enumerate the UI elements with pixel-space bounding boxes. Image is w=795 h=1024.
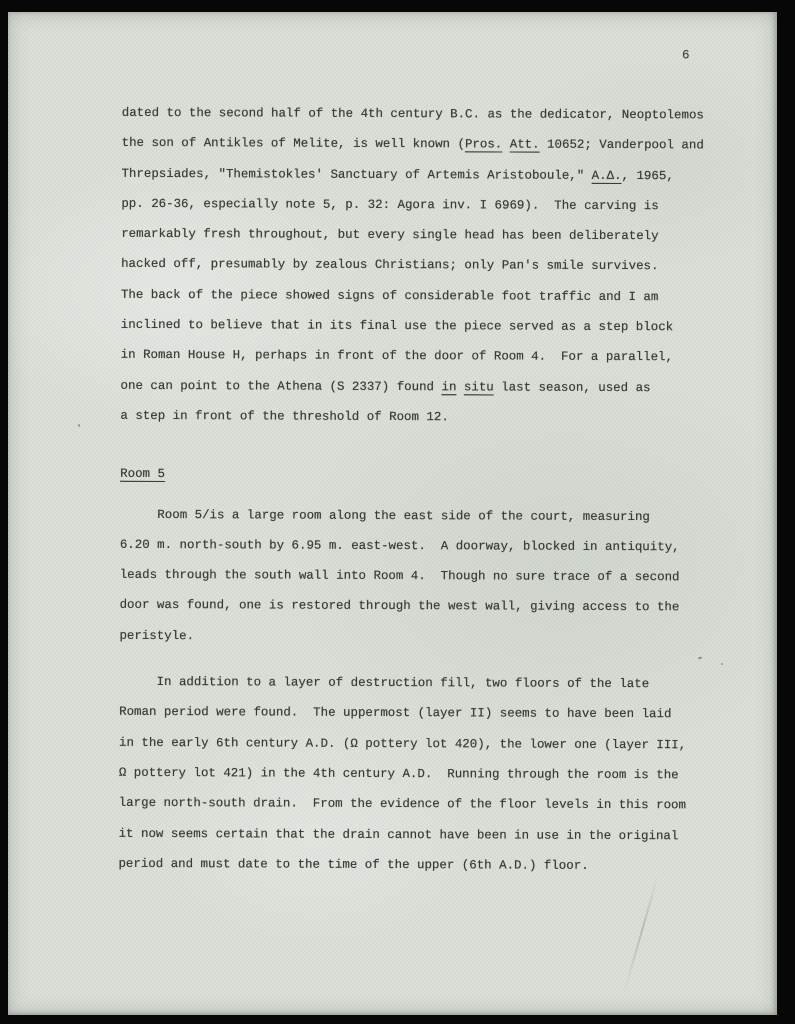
text-line: a step in front of the threshold of Room…: [120, 401, 740, 434]
text-segment: dated to the second half of the 4th cent…: [122, 106, 704, 123]
text-line: Roman period were found. The uppermost (…: [119, 697, 739, 730]
typewritten-text: dated to the second half of the 4th cent…: [118, 98, 741, 882]
text-segment: period and must date to the time of the …: [118, 857, 588, 873]
text-segment: 6.20 m. north-south by 6.95 m. east-west…: [120, 538, 680, 554]
text-segment: The back of the piece showed signs of co…: [121, 288, 658, 304]
text-line: In addition to a layer of destruction fi…: [119, 667, 739, 700]
page-number: 6: [682, 47, 690, 63]
paragraph-room5-description: Room 5/is a large room along the east si…: [119, 499, 740, 653]
scanned-document: { "page": { "number": "6", "colors": { "…: [0, 0, 795, 1024]
text-line: Room 5: [120, 459, 740, 492]
underlined-text: Α.Δ.: [592, 168, 622, 182]
text-line: large north-south drain. From the eviden…: [119, 788, 739, 821]
text-segment: 10652; Vanderpool and: [540, 138, 704, 153]
text-segment: pp. 26-36, especially note 5, p. 32: Ago…: [121, 197, 658, 213]
scan-speck: [78, 424, 80, 427]
text-line: leads through the south wall into Room 4…: [120, 560, 740, 593]
text-segment: hacked off, presumably by zealous Christ…: [121, 257, 658, 273]
text-segment: one can point to the Athena (S 2337) fou…: [121, 378, 442, 393]
text-segment: In addition to a layer of destruction fi…: [119, 675, 649, 691]
text-segment: it now seems certain that the drain cann…: [119, 826, 679, 842]
underlined-text: situ: [464, 380, 494, 394]
paragraph-neoptolemos-relief: dated to the second half of the 4th cent…: [120, 98, 741, 434]
text-segment: Roman period were found. The uppermost (…: [119, 705, 671, 721]
text-segment: Room 5/is a large room along the east si…: [120, 507, 650, 523]
text-segment: inclined to believe that in its final us…: [121, 318, 673, 334]
text-segment: remarkably fresh throughout, but every s…: [121, 227, 658, 243]
text-line: remarkably fresh throughout, but every s…: [121, 219, 741, 252]
paper-page: 6 dated to the second half of the 4th ce…: [8, 12, 777, 1015]
scan-speck: [721, 663, 723, 665]
underlined-text: Room 5: [120, 467, 165, 481]
page-content: 6 dated to the second half of the 4th ce…: [6, 10, 779, 1016]
text-line: one can point to the Athena (S 2337) fou…: [120, 370, 740, 403]
text-line: dated to the second half of the 4th cent…: [122, 98, 742, 131]
paragraph-room5-floors-drain: In addition to a layer of destruction fi…: [118, 667, 739, 882]
text-segment: peristyle.: [119, 629, 194, 643]
text-line: in Roman House H, perhaps in front of th…: [121, 340, 741, 373]
text-line: Room 5/is a large room along the east si…: [120, 499, 740, 532]
text-line: Threpsiades, "Themistokles' Sanctuary of…: [121, 158, 741, 191]
text-segment: the son of Antikles of Melite, is well k…: [122, 136, 465, 151]
underlined-text: Pros.: [465, 138, 502, 152]
text-line: the son of Antikles of Melite, is well k…: [122, 128, 742, 161]
text-segment: last season, used as: [494, 380, 651, 395]
text-line: door was found, one is restored through …: [120, 590, 740, 623]
text-segment: Threpsiades, "Themistokles' Sanctuary of…: [121, 166, 591, 182]
text-line: it now seems certain that the drain cann…: [119, 818, 739, 851]
text-segment: in Roman House H, perhaps in front of th…: [121, 348, 673, 364]
text-line: 6.20 m. north-south by 6.95 m. east-west…: [120, 530, 740, 563]
text-line: The back of the piece showed signs of co…: [121, 280, 741, 313]
text-line: period and must date to the time of the …: [118, 849, 738, 882]
text-line: in the early 6th century A.D. (Ω pottery…: [119, 727, 739, 760]
text-line: inclined to believe that in its final us…: [121, 310, 741, 343]
underlined-text: Att.: [510, 138, 540, 152]
text-segment: door was found, one is restored through …: [120, 598, 680, 614]
text-line: hacked off, presumably by zealous Christ…: [121, 249, 741, 282]
text-line: peristyle.: [119, 621, 739, 654]
text-line: pp. 26-36, especially note 5, p. 32: Ago…: [121, 189, 741, 222]
underlined-text: in: [441, 380, 456, 394]
text-segment: Ω pottery lot 421) in the 4th century A.…: [119, 766, 679, 782]
text-segment: large north-south drain. From the eviden…: [119, 796, 686, 812]
text-line: Ω pottery lot 421) in the 4th century A.…: [119, 758, 739, 791]
text-segment: leads through the south wall into Room 4…: [120, 568, 680, 584]
text-segment: , 1965,: [622, 169, 674, 183]
text-segment: a step in front of the threshold of Room…: [120, 409, 448, 424]
heading-room-5: Room 5: [120, 459, 740, 492]
text-segment: in the early 6th century A.D. (Ω pottery…: [119, 735, 686, 751]
